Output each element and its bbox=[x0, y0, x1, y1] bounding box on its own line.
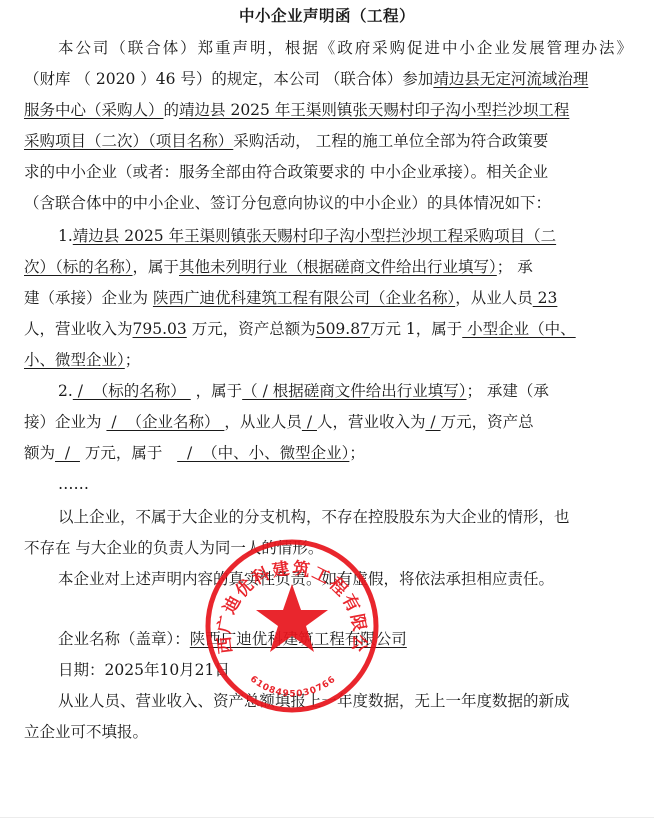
project-name-field: 采购项目（二次）（项目名称） bbox=[24, 132, 233, 150]
branch-line-2: 不存在 与大企业的负责人为同一人的情形。 bbox=[24, 536, 632, 560]
revenue-field: / bbox=[425, 413, 440, 431]
item1-line-2: 次）（标的名称），属于其他未列明行业（根据磋商文件给出行业填写）； 承 bbox=[24, 255, 632, 279]
item-text: 万元 1，属于 bbox=[370, 320, 462, 338]
item-text: 额为 bbox=[24, 444, 55, 462]
footnote-line-2: 立企业可不填报。 bbox=[24, 720, 632, 744]
employees-field: / bbox=[302, 413, 317, 431]
item-number: 1. bbox=[58, 227, 73, 245]
industry-field: （ / 根据磋商文件给出行业填写） bbox=[242, 382, 466, 400]
footnote-line-1: 从业人员、营业收入、资产总额填报上一年度数据，无上一年度数据的新成 bbox=[58, 689, 632, 713]
enterprise-name-field: 陕西广迪优科建筑工程有限公司（企业名称） bbox=[153, 289, 455, 307]
enterprise-size-field: 小型企业（中、 bbox=[462, 320, 575, 338]
branch-text: 不存在 与大企业的负责人为同一人的情形。 bbox=[24, 539, 323, 557]
item-text: ； bbox=[125, 351, 141, 369]
subject-name-field: 靖边县 2025 年王渠则镇张天赐村印子沟小型拦沙坝工程采购项目（二 bbox=[73, 227, 556, 245]
signature-line: 企业名称（盖章）：陕西广迪优科建筑工程有限公司 bbox=[58, 627, 632, 651]
ellipsis-line: …… bbox=[58, 472, 632, 496]
page-divider bbox=[0, 817, 654, 818]
intro-text: 本公司（联合体）郑重声明，根据《政府采购促进中小企业发展管理办法》 bbox=[58, 39, 632, 57]
subject-name-field: / （标的名称） bbox=[73, 382, 191, 400]
date-line: 日期：2025年10月21日 bbox=[58, 658, 632, 682]
item2-line-2: 接）企业为 / （企业名称） ，从业人员 / 人，营业收入为 / 万元，资产总 bbox=[24, 410, 632, 434]
intro-text: （含联合体中的中小企业、签订分包意向协议的中小企业）的具体情况如下： bbox=[24, 194, 551, 212]
footnote-text: 从业人员、营业收入、资产总额填报上一年度数据，无上一年度数据的新成 bbox=[58, 692, 570, 710]
date-label: 日期： bbox=[58, 661, 105, 679]
purchaser-name-field: 靖边县无定河流域治理 bbox=[433, 70, 588, 88]
item2-line-1: 2. / （标的名称） ，属于（ / 根据磋商文件给出行业填写）； 承建（承 bbox=[58, 379, 632, 403]
total-assets-field: 509.87 bbox=[316, 320, 370, 338]
company-seal-stamp: 陕西广迪优科建筑工程有限公司 6108495030766 bbox=[204, 538, 380, 714]
branch-line-1: 以上企业，不属于大企业的分支机构，不存在控股股东为大企业的情形，也 bbox=[58, 505, 632, 529]
item-text: ，属于 bbox=[191, 382, 242, 400]
intro-line-4: 采购项目（二次）（项目名称）采购活动， 工程的施工单位全部为符合政策要 bbox=[24, 129, 632, 153]
date-value: 2025年10月21日 bbox=[105, 661, 230, 679]
responsibility-text: 本企业对上述声明内容的真实性负责。如有虚假，将依法承担相应责任。 bbox=[58, 570, 554, 588]
project-name-field: 靖边县 2025 年王渠则镇张天赐村印子沟小型拦沙坝工程 bbox=[179, 101, 569, 119]
item-text: ，从业人员 bbox=[224, 413, 302, 431]
subject-name-field: 次）（标的名称） bbox=[24, 258, 133, 276]
item-text: 人，营业收入为 bbox=[317, 413, 426, 431]
intro-line-5: 求的中小企业（或者：服务全部由符合政策要求的 中小企业承接）。相关企业 bbox=[24, 160, 632, 184]
document-title: 中小企业声明函（工程） bbox=[0, 4, 654, 26]
intro-text: 求的中小企业（或者：服务全部由符合政策要求的 中小企业承接）。相关企业 bbox=[24, 163, 548, 181]
employees-field: 23 bbox=[533, 289, 558, 307]
item-number: 2. bbox=[58, 382, 73, 400]
item-text: ，属于 bbox=[133, 258, 180, 276]
item-text: ，从业人员 bbox=[455, 289, 533, 307]
enterprise-size-field: 小、微型企业） bbox=[24, 351, 125, 369]
signature-label: 企业名称（盖章）： bbox=[58, 630, 190, 648]
footnote-text: 立企业可不填报。 bbox=[24, 723, 148, 741]
total-assets-field: / bbox=[55, 444, 80, 462]
item-text: 万元，属于 bbox=[80, 444, 177, 462]
item-text: 接）企业为 bbox=[24, 413, 106, 431]
item-text: 人，营业收入为 bbox=[24, 320, 133, 338]
purchaser-name-field: 服务中心（采购人） bbox=[24, 101, 164, 119]
intro-text: 的 bbox=[164, 101, 180, 119]
item-text: 建（承接）企业为 bbox=[24, 289, 153, 307]
item-text: ； bbox=[349, 444, 365, 462]
industry-field: 其他未列明行业（根据磋商文件给出行业填写） bbox=[179, 258, 497, 276]
intro-line-6: （含联合体中的中小企业、签订分包意向协议的中小企业）的具体情况如下： bbox=[24, 191, 632, 215]
item-text: ； 承建（承 bbox=[467, 382, 549, 400]
intro-line-3: 服务中心（采购人）的靖边县 2025 年王渠则镇张天赐村印子沟小型拦沙坝工程 bbox=[24, 98, 632, 122]
intro-text: 采购活动， 工程的施工单位全部为符合政策要 bbox=[233, 132, 548, 150]
declaration-letter-page: 中小企业声明函（工程） 本公司（联合体）郑重声明，根据《政府采购促进中小企业发展… bbox=[0, 0, 654, 832]
ellipsis: …… bbox=[58, 475, 89, 493]
enterprise-name-field: / （企业名称） bbox=[106, 413, 224, 431]
item-text: 万元，资产总 bbox=[441, 413, 534, 431]
item1-line-4: 人，营业收入为795.03 万元，资产总额为509.87万元 1，属于 小型企业… bbox=[24, 317, 632, 341]
item2-line-3: 额为 / 万元，属于 / （中、小、微型企业）； bbox=[24, 441, 632, 465]
item-text: 万元，资产总额为 bbox=[187, 320, 316, 338]
item1-line-1: 1.靖边县 2025 年王渠则镇张天赐村印子沟小型拦沙坝工程采购项目（二 bbox=[58, 224, 632, 248]
branch-text: 以上企业，不属于大企业的分支机构，不存在控股股东为大企业的情形，也 bbox=[58, 508, 570, 526]
revenue-field: 795.03 bbox=[133, 320, 187, 338]
intro-text: （财库 （ 2020 ）46 号）的规定，本公司 （联合体）参加 bbox=[24, 70, 433, 88]
item1-line-3: 建（承接）企业为 陕西广迪优科建筑工程有限公司（企业名称），从业人员 23 bbox=[24, 286, 632, 310]
responsibility-line: 本企业对上述声明内容的真实性负责。如有虚假，将依法承担相应责任。 bbox=[58, 567, 632, 591]
intro-line-1: 本公司（联合体）郑重声明，根据《政府采购促进中小企业发展管理办法》 bbox=[58, 36, 632, 60]
signature-company-name: 陕西广迪优科建筑工程有限公司 bbox=[190, 630, 407, 648]
intro-line-2: （财库 （ 2020 ）46 号）的规定，本公司 （联合体）参加靖边县无定河流域… bbox=[24, 67, 632, 91]
enterprise-size-field: / （中、小、微型企业） bbox=[177, 444, 349, 462]
item1-line-5: 小、微型企业）； bbox=[24, 348, 632, 372]
item-text: ； 承 bbox=[497, 258, 533, 276]
